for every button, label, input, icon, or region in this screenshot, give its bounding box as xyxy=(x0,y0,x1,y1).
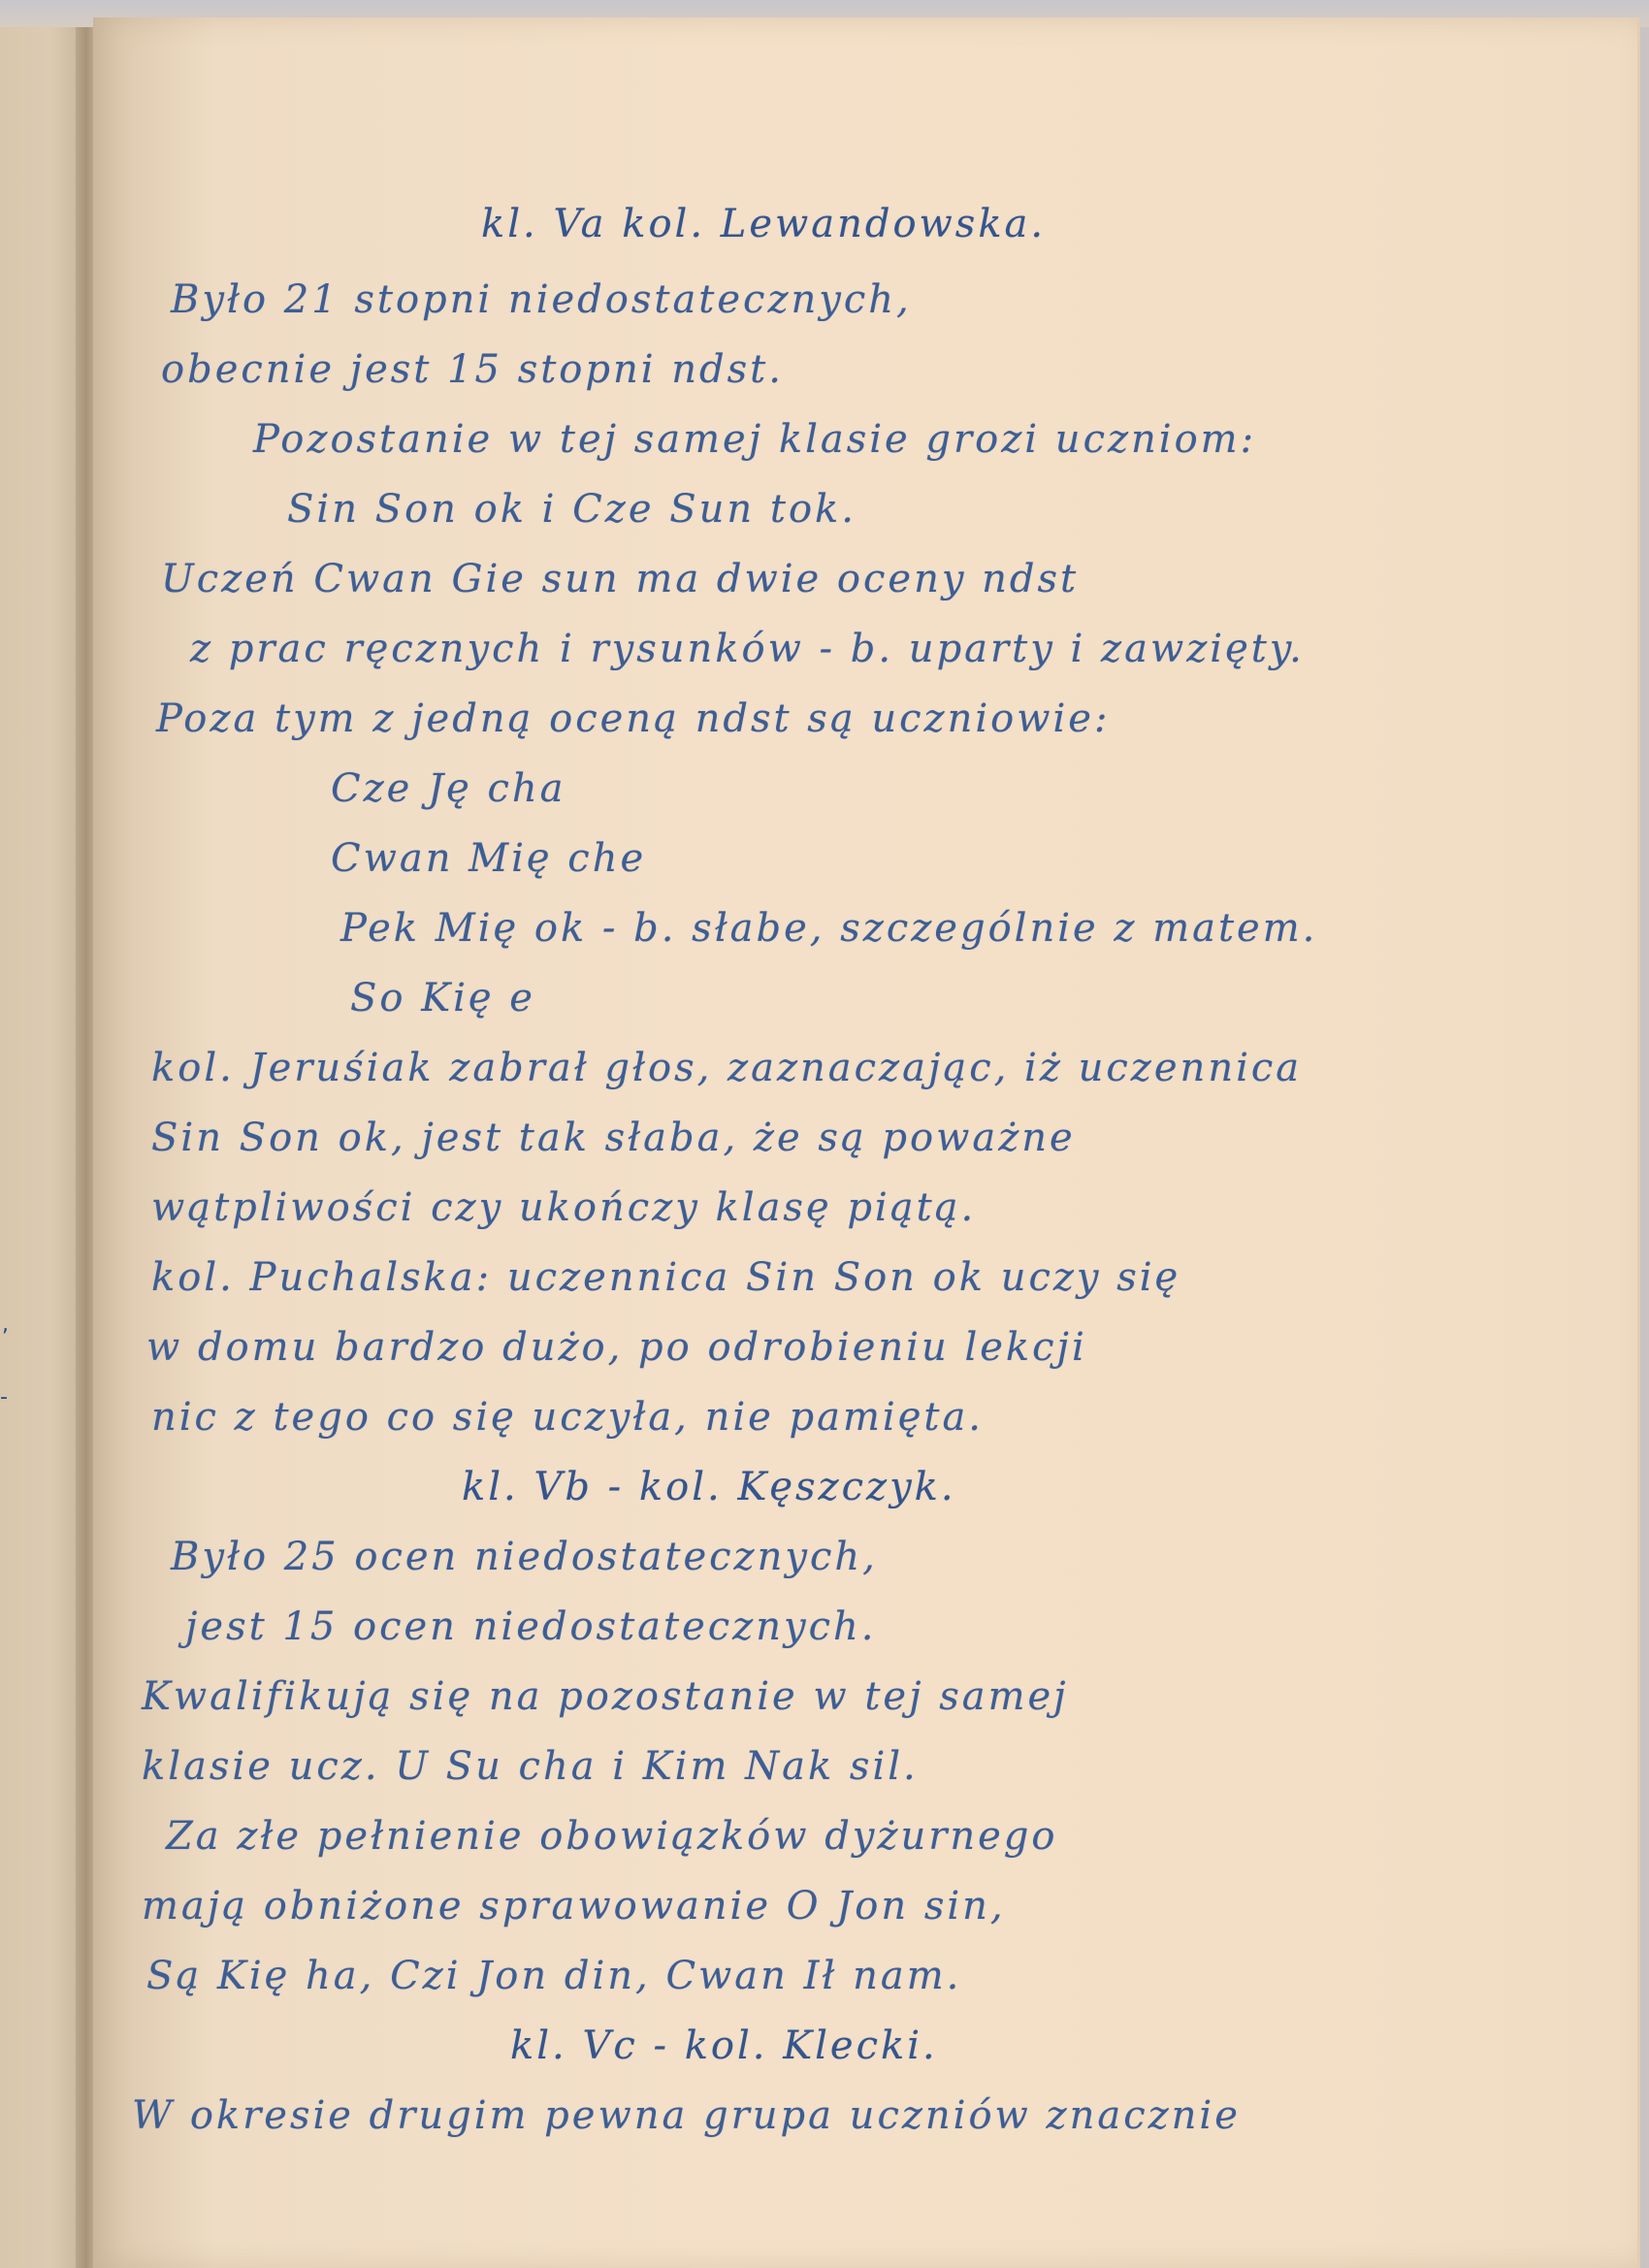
text-line: Było 21 stopni niedostatecznych, xyxy=(171,277,912,322)
text-line: Pek Mię ok - b. słabe, szczególnie z mat… xyxy=(340,906,1317,951)
text-line: Są Kię ha, Czi Jon din, Cwan Ił nam. xyxy=(146,1954,961,1998)
text-line: So Kię e xyxy=(350,976,535,1021)
section-heading: kl. Vc - kol. Klecki. xyxy=(510,2024,938,2068)
text-line: jest 15 ocen niedostatecznych. xyxy=(185,1604,876,1649)
text-line: obecnie jest 15 stopni ndst. xyxy=(161,347,784,392)
text-line: Poza tym z jedną oceną ndst są uczniowie… xyxy=(156,697,1110,741)
text-line: Sin Son ok, jest tak słaba, że są poważn… xyxy=(151,1116,1076,1160)
text-line: Cwan Mię che xyxy=(331,836,646,881)
text-line: w domu bardzo dużo, po odrobieniu lekcji xyxy=(146,1325,1087,1370)
notebook-page: kl. Va kol. Lewandowska. Było 21 stopni … xyxy=(93,17,1640,2268)
section-heading: kl. Va kol. Lewandowska. xyxy=(481,202,1046,246)
text-line: klasie ucz. U Su cha i Kim Nak sil. xyxy=(142,1744,919,1789)
text-line: Za złe pełnienie obowiązków dyżurnego xyxy=(166,1814,1057,1859)
text-line: kol. Puchalska: uczennica Sin Son ok ucz… xyxy=(151,1255,1180,1300)
text-line: Sin Son ok i Cze Sun tok. xyxy=(287,487,857,532)
margin-ink-mark: - xyxy=(0,1385,8,1409)
text-line: Kwalifikują się na pozostanie w tej same… xyxy=(142,1674,1069,1719)
text-line: kol. Jeruśiak zabrał głos, zaznaczając, … xyxy=(151,1046,1302,1090)
margin-ink-mark: , xyxy=(2,1312,9,1337)
text-line: Cze Ję cha xyxy=(331,766,566,811)
text-line: z prac ręcznych i rysunków - b. uparty i… xyxy=(190,627,1305,671)
left-page-edge: , - xyxy=(0,27,83,2268)
text-line: Uczeń Cwan Gie sun ma dwie oceny ndst xyxy=(161,557,1079,601)
text-line: nic z tego co się uczyła, nie pamięta. xyxy=(151,1395,984,1440)
text-line: Było 25 ocen niedostatecznych, xyxy=(171,1535,878,1579)
section-heading: kl. Vb - kol. Kęszczyk. xyxy=(462,1465,956,1509)
text-line: mają obniżone sprawowanie O Jon sin, xyxy=(142,1884,1006,1928)
text-line: wątpliwości czy ukończy klasę piątą. xyxy=(151,1185,976,1230)
text-line: W okresie drugim pewna grupa uczniów zna… xyxy=(132,2093,1241,2138)
text-line: Pozostanie w tej samej klasie grozi uczn… xyxy=(253,417,1256,462)
